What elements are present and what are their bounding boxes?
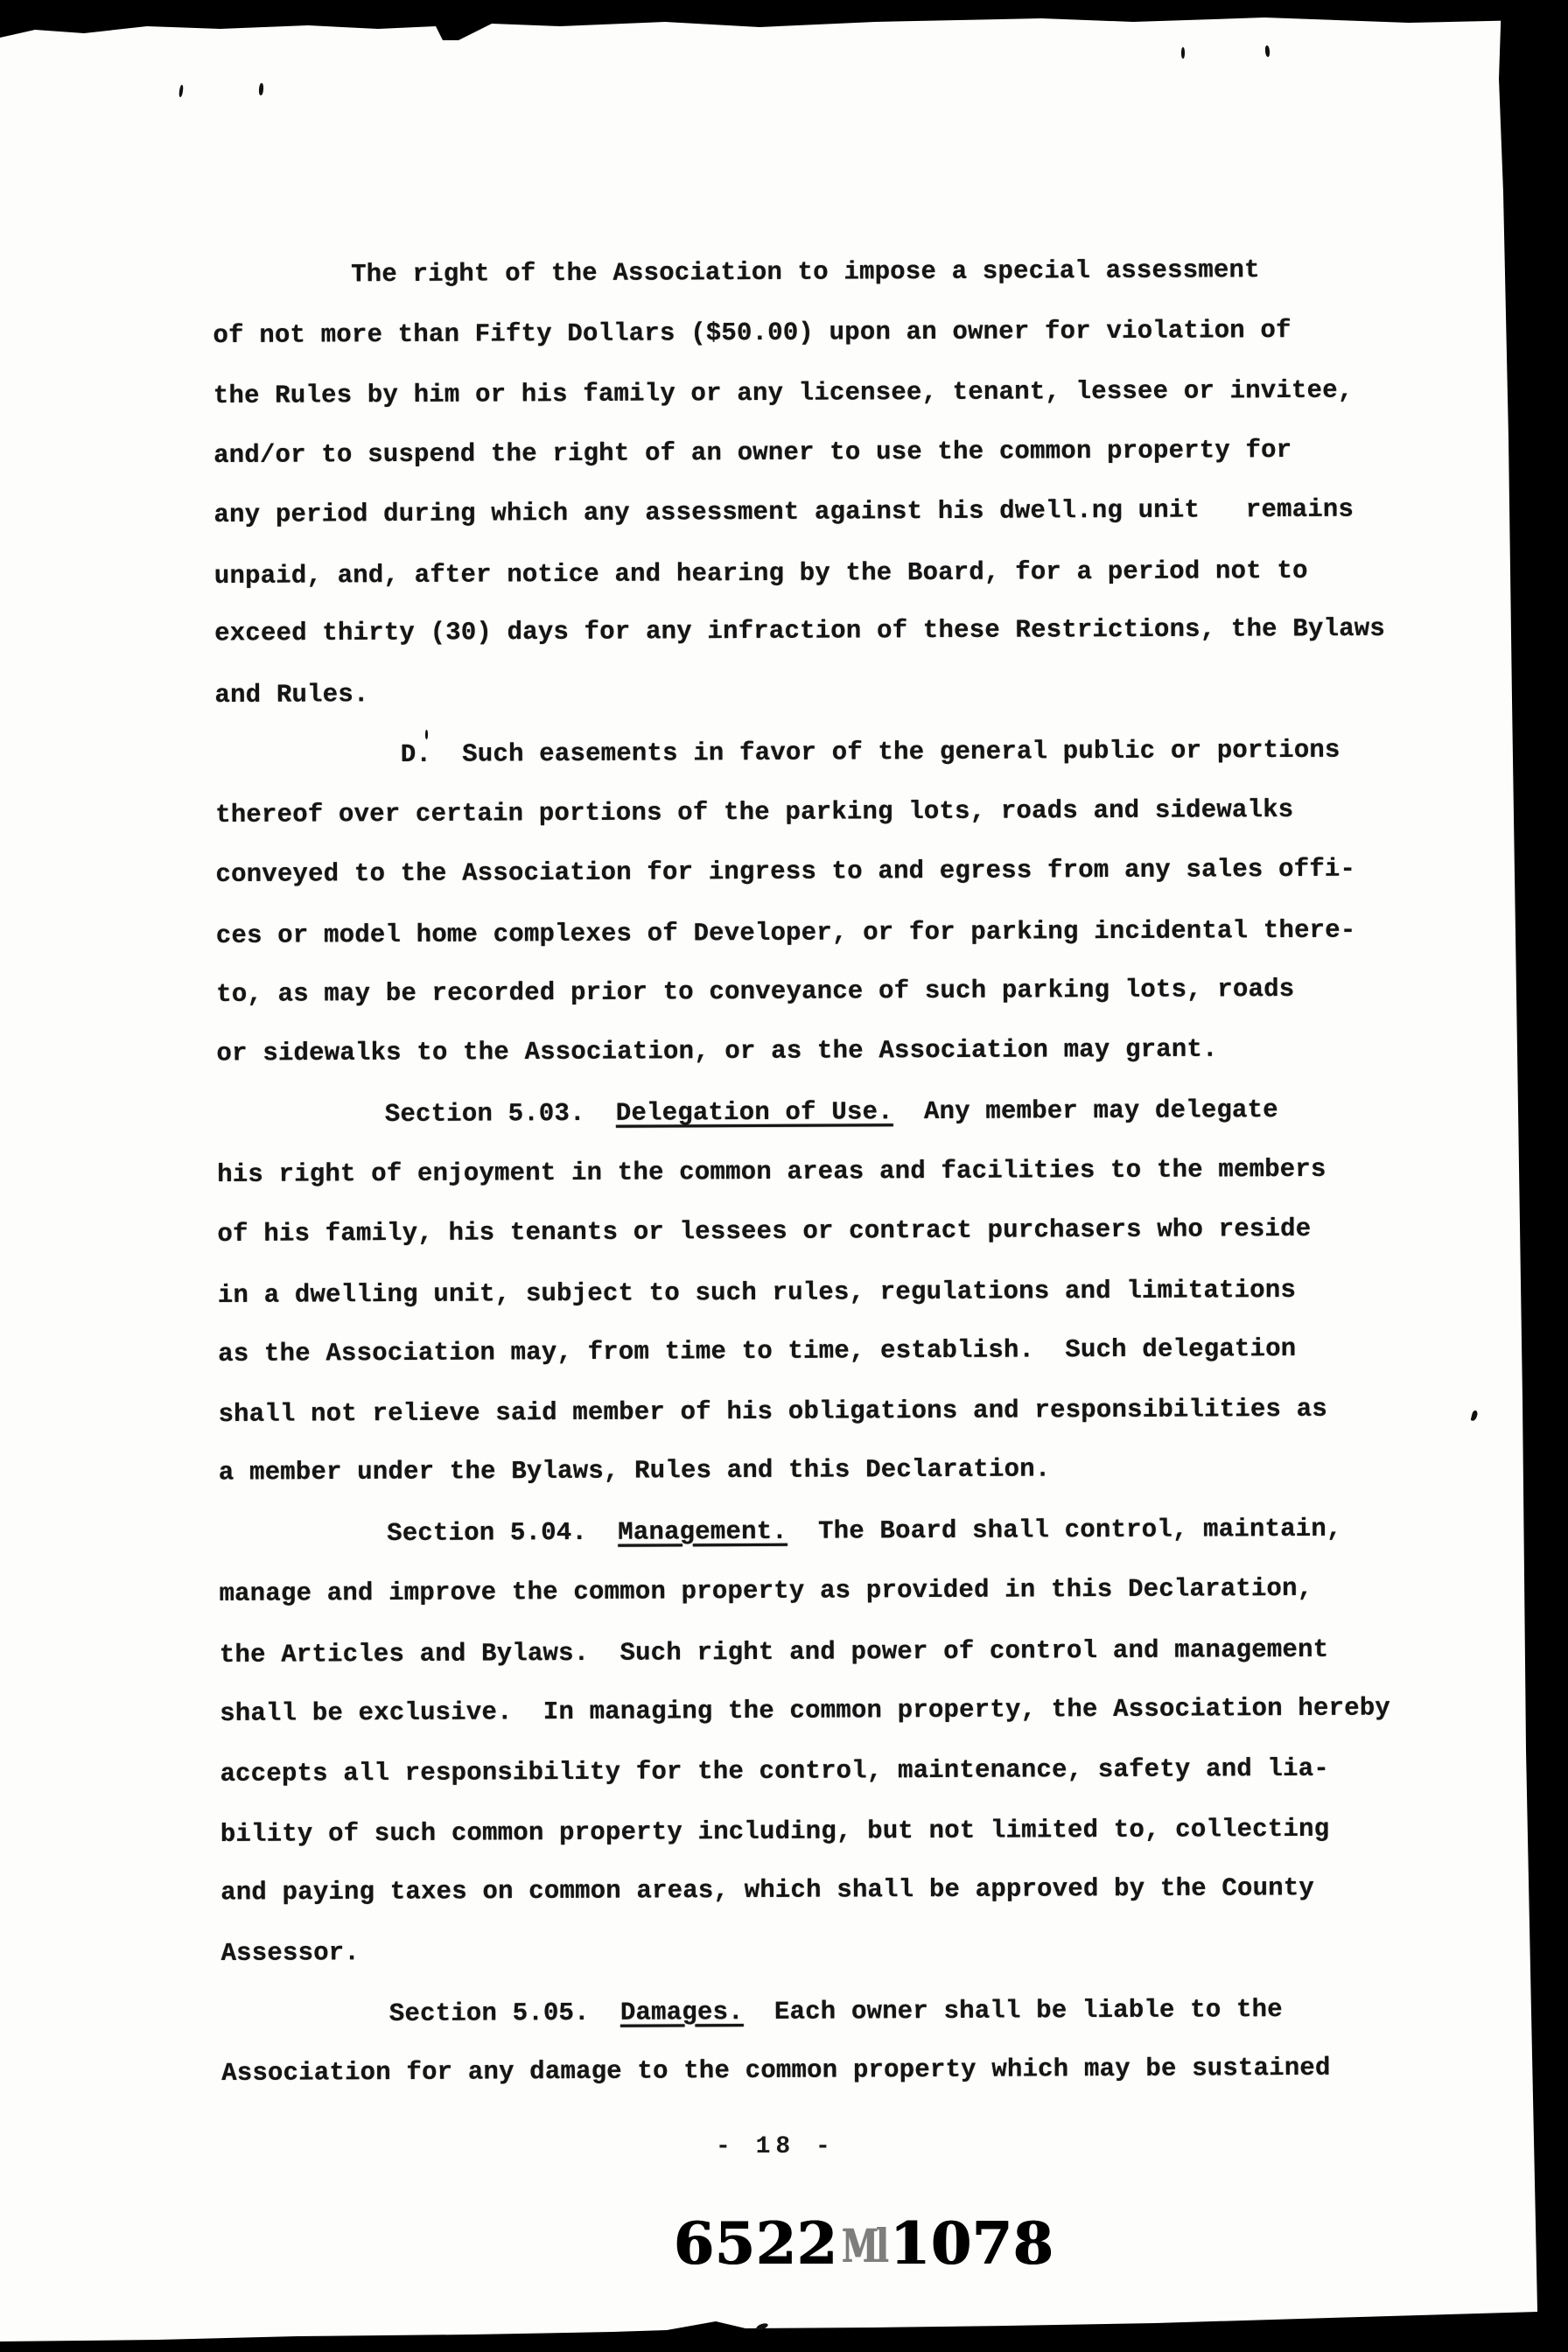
text-line: D. Such easements in favor of the genera… xyxy=(401,720,1458,785)
text-line: his right of enjoyment in the common are… xyxy=(217,1139,1459,1205)
text-line: in a dwelling unit, subject to such rule… xyxy=(218,1260,1460,1326)
text-segment: in a dwelling unit, subject to such rule… xyxy=(218,1275,1296,1309)
text-line: shall not relieve said member of his obl… xyxy=(218,1379,1460,1445)
text-line: conveyed to the Association for ingress … xyxy=(215,839,1458,905)
text-segment: conveyed to the Association for ingress … xyxy=(215,855,1355,889)
text-segment: exceed thirty (30) days for any infracti… xyxy=(214,614,1385,648)
underlined-section-title: Delegation of Use. xyxy=(616,1097,893,1128)
ink-speck xyxy=(1181,47,1185,59)
text-segment: the Rules by him or his family or any li… xyxy=(213,376,1354,410)
ink-speck xyxy=(259,83,264,95)
text-line: and paying taxes on common areas, which … xyxy=(220,1858,1463,1922)
text-segment: ces or model home complexes of Developer… xyxy=(216,915,1356,949)
text-line: as the Association may, from time to tim… xyxy=(218,1319,1460,1384)
text-line: manage and improve the common property a… xyxy=(219,1558,1461,1624)
text-line: exceed thirty (30) days for any infracti… xyxy=(214,599,1457,664)
text-segment: Each owner shall be liable to the xyxy=(744,1995,1283,2026)
text-segment: shall be exclusive. In managing the comm… xyxy=(220,1693,1390,1728)
text-segment: of not more than Fifty Dollars ($50.00) … xyxy=(213,315,1291,349)
stamp-faint-mark: Ml xyxy=(842,2219,886,2275)
text-segment: and/or to suspend the right of an owner … xyxy=(213,435,1291,469)
text-segment: or sidewalks to the Association, or as t… xyxy=(216,1034,1217,1067)
text-segment: his right of enjoyment in the common are… xyxy=(217,1154,1326,1188)
text-line: or sidewalks to the Association, or as t… xyxy=(216,1018,1459,1083)
text-line: Section 5.03. Delegation of Use. Any mem… xyxy=(385,1080,1459,1145)
ink-speck xyxy=(1471,1410,1479,1421)
document-text: The right of the Association to impose a… xyxy=(213,240,1464,2103)
text-segment: as the Association may, from time to tim… xyxy=(218,1334,1296,1368)
text-segment: manage and improve the common property a… xyxy=(219,1574,1312,1608)
ink-speck xyxy=(1264,45,1270,57)
text-line: the Articles and Bylaws. Such right and … xyxy=(220,1620,1462,1685)
text-segment: Association for any damage to the common… xyxy=(221,2054,1331,2088)
text-segment: Any member may delegate xyxy=(893,1095,1278,1126)
document-page: The right of the Association to impose a… xyxy=(0,0,1568,2352)
text-segment: to, as may be recorded prior to conveyan… xyxy=(216,975,1294,1009)
text-segment: bility of such common property including… xyxy=(220,1815,1330,1849)
text-line: a member under the Bylaws, Rules and thi… xyxy=(219,1438,1461,1503)
scan-artifact-bottom-edge xyxy=(0,2310,1568,2352)
text-segment: of his family, his tenants or lessees or… xyxy=(217,1214,1311,1249)
text-segment: accepts all responsibility for the contr… xyxy=(220,1753,1329,1788)
page-number: - 18 - xyxy=(716,2133,836,2160)
stamp-page-number: 1078 xyxy=(890,2209,1054,2278)
text-segment: D. Such easements in favor of the genera… xyxy=(401,736,1340,769)
text-line: Section 5.05. Damages. Each owner shall … xyxy=(389,1979,1464,2045)
recorder-stamp: 6522Ml1078 xyxy=(674,2215,1054,2277)
text-line: ces or model home complexes of Developer… xyxy=(216,900,1459,966)
text-segment: Section 5.05. xyxy=(389,1998,620,2027)
text-segment: unpaid, and, after notice and hearing by… xyxy=(214,556,1308,590)
text-line: any period during which any assessment a… xyxy=(213,479,1456,545)
text-line: The right of the Association to impose a… xyxy=(351,240,1455,305)
text-segment: shall not relieve said member of his obl… xyxy=(218,1394,1327,1428)
text-segment: The right of the Association to impose a… xyxy=(351,255,1260,289)
text-line: unpaid, and, after notice and hearing by… xyxy=(214,541,1457,606)
text-line: and Rules. xyxy=(214,660,1457,725)
text-segment: a member under the Bylaws, Rules and thi… xyxy=(219,1455,1051,1487)
text-segment: Section 5.03. xyxy=(385,1099,616,1129)
stamp-book-number: 6522 xyxy=(674,2209,838,2278)
scan-artifact-right-edge xyxy=(1487,0,1568,2352)
text-line: Association for any damage to the common… xyxy=(221,2038,1464,2103)
underlined-section-title: Damages. xyxy=(620,1998,744,2027)
text-line: and/or to suspend the right of an owner … xyxy=(213,420,1456,486)
text-segment: any period during which any assessment a… xyxy=(213,495,1354,529)
underlined-section-title: Management. xyxy=(618,1516,787,1546)
text-segment: and Rules. xyxy=(214,680,368,710)
text-line: Section 5.04. Management. The Board shal… xyxy=(387,1499,1461,1564)
ink-speck xyxy=(178,85,184,97)
text-line: bility of such common property including… xyxy=(220,1799,1463,1865)
text-line: of not more than Fifty Dollars ($50.00) … xyxy=(213,300,1455,366)
text-line: the Rules by him or his family or any li… xyxy=(213,360,1456,426)
text-segment: Section 5.04. xyxy=(387,1517,618,1547)
text-segment: The Board shall control, maintain, xyxy=(787,1514,1342,1545)
text-line: to, as may be recorded prior to conveyan… xyxy=(216,959,1459,1025)
text-segment: thereof over certain portions of the par… xyxy=(215,794,1293,829)
text-line: Assessor. xyxy=(220,1918,1463,1984)
text-line: accepts all responsibility for the contr… xyxy=(220,1739,1462,1804)
text-line: shall be exclusive. In managing the comm… xyxy=(220,1678,1462,1744)
text-segment: the Articles and Bylaws. Such right and … xyxy=(220,1634,1329,1669)
text-segment: Assessor. xyxy=(220,1938,360,1968)
text-line: of his family, his tenants or lessees or… xyxy=(217,1199,1459,1264)
scan-artifact-top-edge xyxy=(0,0,1568,52)
text-segment: and paying taxes on common areas, which … xyxy=(220,1873,1314,1907)
text-line: thereof over certain portions of the par… xyxy=(215,780,1458,845)
